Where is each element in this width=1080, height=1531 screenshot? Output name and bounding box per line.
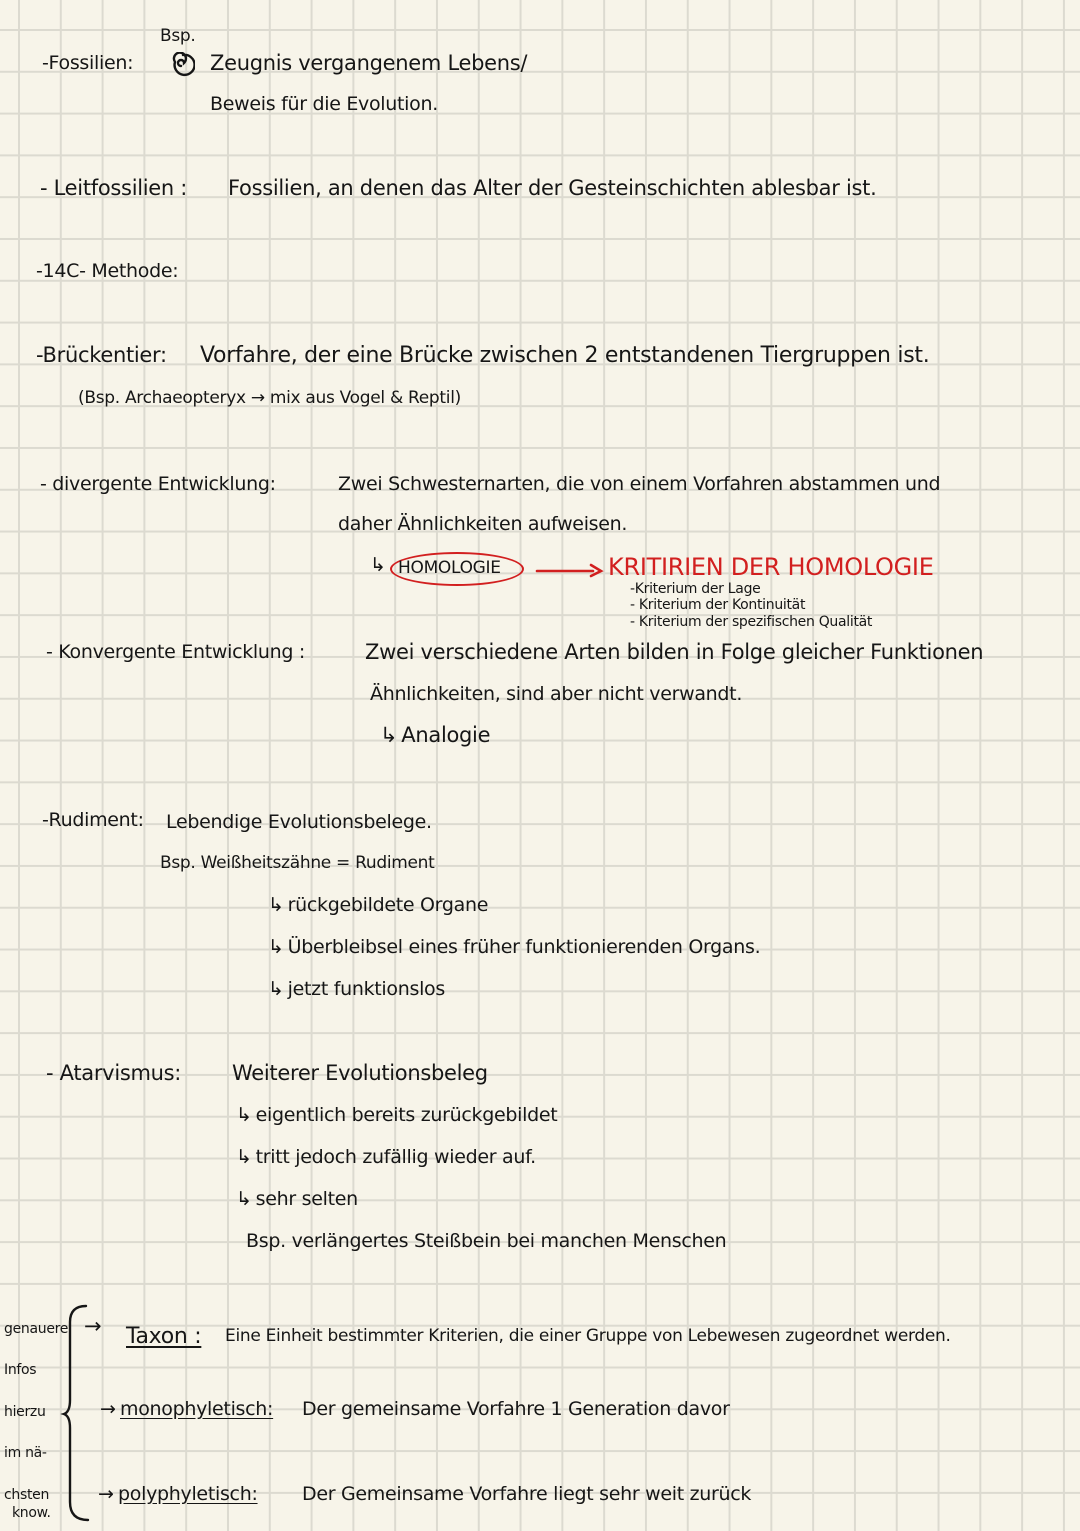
analogie-label: Analogie — [401, 723, 490, 747]
homologie-result: HOMOLOGIE — [398, 560, 501, 577]
brueckentier-term: -Brückentier: — [36, 345, 167, 366]
polyphyletisch-term: polyphyletisch: — [118, 1485, 258, 1504]
divergent-line2: daher Ähnlichkeiten aufweisen. — [338, 515, 627, 534]
hook-arrow-icon: ↳ — [236, 1148, 252, 1167]
leitfossilien-term: - Leitfossilien : — [40, 178, 187, 199]
side-note-line: im nä- — [4, 1446, 47, 1460]
rudiment-point: ↳jetzt funktionslos — [268, 980, 445, 999]
ammonite-spiral-icon — [167, 52, 195, 80]
monophyletisch-term: monophyletisch: — [120, 1400, 273, 1419]
polyphyletisch-definition: Der Gemeinsame Vorfahre liegt sehr weit … — [302, 1485, 751, 1504]
fossilien-example-label: Bsp. — [160, 28, 196, 45]
hook-arrow-icon: ↳ — [236, 1106, 252, 1125]
right-arrow-icon: → — [84, 1316, 101, 1337]
side-note-line: genauere — [4, 1322, 68, 1336]
divergent-line1: Zwei Schwesternarten, die von einem Vorf… — [338, 475, 940, 494]
rudiment-point: ↳rückgebildete Organe — [268, 896, 488, 915]
homologie-criterion: - Kriterium der spezifischen Qualität — [630, 615, 872, 629]
side-note-line: know. — [12, 1506, 51, 1520]
hook-arrow-icon: ↳ — [268, 980, 284, 999]
hook-arrow-icon: ↳ — [380, 725, 397, 746]
side-note-line: chsten — [4, 1488, 49, 1502]
right-arrow-icon: → — [98, 1485, 114, 1504]
brueckentier-example: (Bsp. Archaeopteryx → mix aus Vogel & Re… — [78, 390, 461, 407]
leitfossilien-definition: Fossilien, an denen das Alter der Gestei… — [228, 178, 876, 199]
rudiment-point: ↳Überbleibsel eines früher funktionieren… — [268, 938, 760, 957]
fossilien-term: -Fossilien: — [42, 54, 133, 73]
monophyletisch-definition: Der gemeinsame Vorfahre 1 Generation dav… — [302, 1400, 730, 1419]
atavismus-definition: Weiterer Evolutionsbeleg — [232, 1063, 488, 1084]
fossilien-line2: Beweis für die Evolution. — [210, 95, 438, 114]
hook-arrow-icon: ↳ — [268, 896, 284, 915]
right-arrow-icon: → — [100, 1400, 116, 1419]
hook-arrow-icon: ↳ — [370, 556, 386, 575]
atavismus-point: ↳sehr selten — [236, 1190, 358, 1209]
rudiment-definition: Lebendige Evolutionsbelege. — [166, 813, 432, 832]
homologie-criteria-title: KRITIRIEN DER HOMOLOGIE — [608, 555, 934, 579]
rudiment-term: -Rudiment: — [42, 811, 144, 830]
atavismus-point: ↳eigentlich bereits zurückgebildet — [236, 1106, 557, 1125]
rudiment-example: Bsp. Weißheitszähne = Rudiment — [160, 855, 435, 872]
taxon-term: Taxon : — [126, 1326, 201, 1348]
konvergent-line1: Zwei verschiedene Arten bilden in Folge … — [365, 642, 983, 663]
taxon-definition: Eine Einheit bestimmter Kriterien, die e… — [225, 1328, 951, 1345]
red-arrow-icon — [535, 562, 605, 578]
hook-arrow-icon: ↳ — [268, 938, 284, 957]
atavismus-example: Bsp. verlängertes Steißbein bei manchen … — [246, 1232, 726, 1251]
atavismus-point: ↳tritt jedoch zufällig wieder auf. — [236, 1148, 536, 1167]
brueckentier-definition: Vorfahre, der eine Brücke zwischen 2 ent… — [200, 345, 929, 367]
konvergent-line2: Ähnlichkeiten, sind aber nicht verwandt. — [370, 685, 742, 704]
divergent-term: - divergente Entwicklung: — [40, 475, 276, 494]
fossilien-line1: Zeugnis vergangenem Lebens/ — [210, 53, 527, 74]
side-note-line: Infos — [4, 1363, 36, 1377]
homologie-criterion: - Kriterium der Kontinuität — [630, 598, 805, 612]
homologie-criterion: -Kriterium der Lage — [630, 582, 760, 596]
analogie-result: ↳Analogie — [380, 725, 490, 746]
konvergent-term: - Konvergente Entwicklung : — [46, 643, 305, 662]
atavismus-term: - Atarvismus: — [46, 1063, 181, 1084]
c14-method-term: -14C- Methode: — [36, 262, 178, 281]
hook-arrow-icon: ↳ — [236, 1190, 252, 1209]
side-note-line: hierzu — [4, 1405, 46, 1419]
